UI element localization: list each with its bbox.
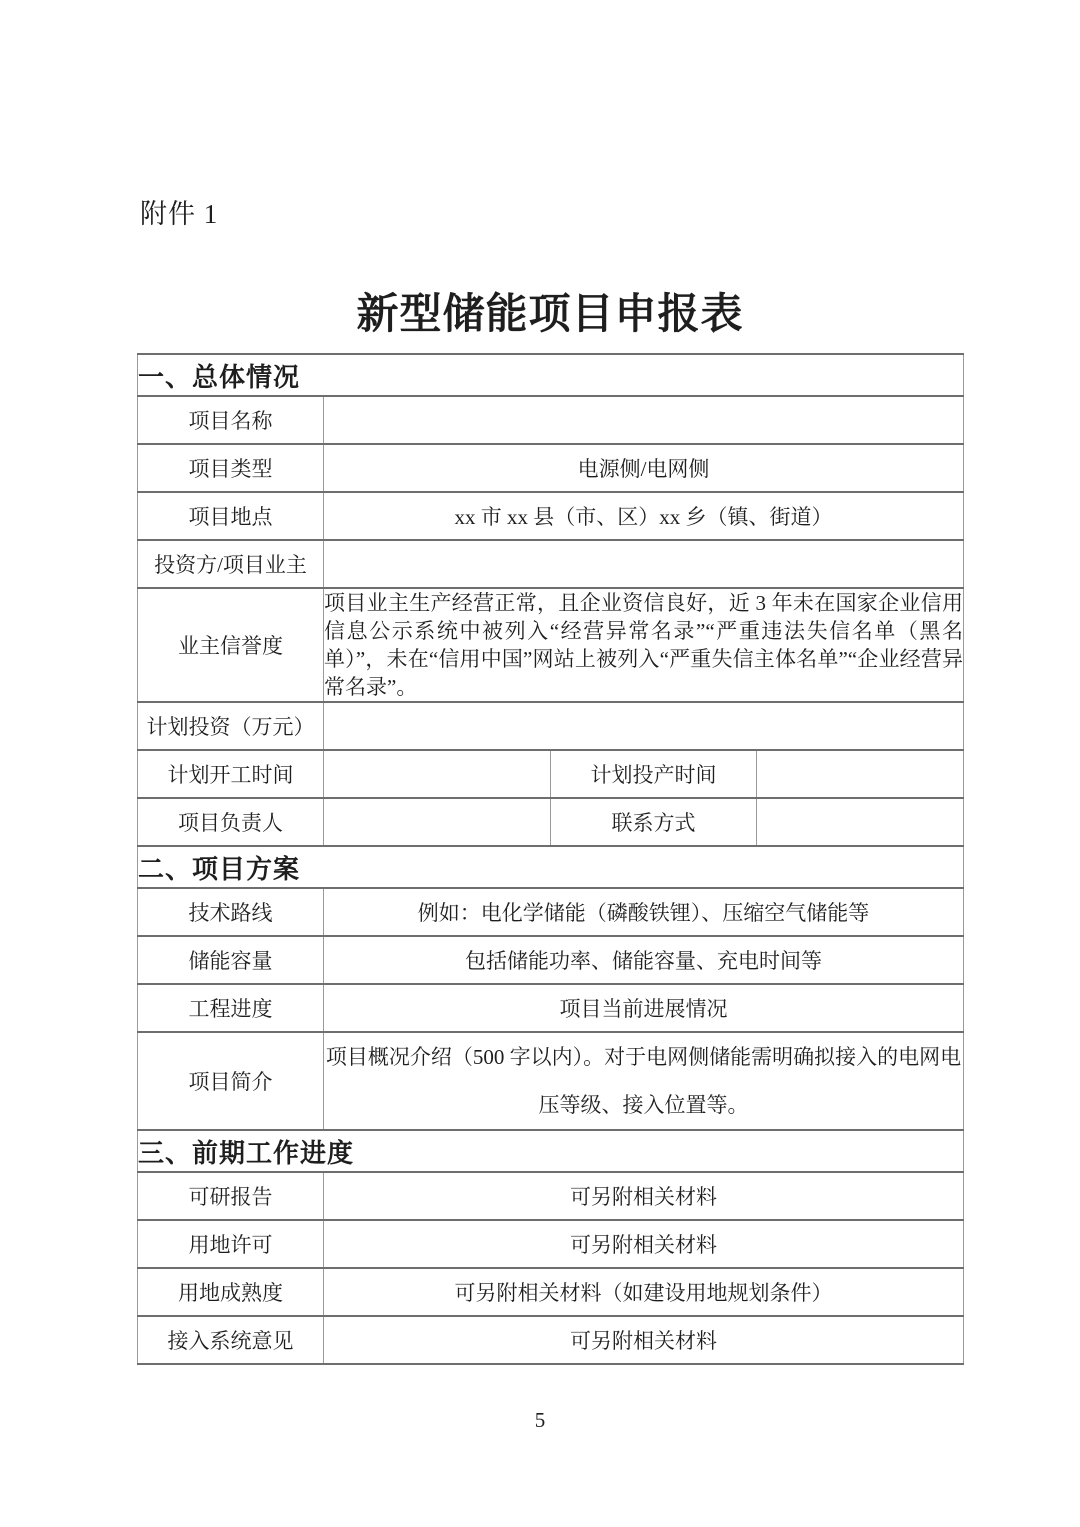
value-project-intro: 项目概况介绍（500 字以内）。对于电网侧储能需明确拟接入的电网电压等级、接入位…: [324, 1032, 964, 1130]
value-storage-capacity: 包括储能功率、储能容量、充电时间等: [324, 936, 964, 984]
value-owner-credit: 项目业主生产经营正常，且企业资信良好，近 3 年未在国家企业信用信息公示系统中被…: [324, 588, 964, 702]
value-contact-info: [757, 798, 964, 846]
page-title: 新型储能项目申报表: [137, 288, 963, 342]
value-project-leader: [324, 798, 551, 846]
label-project-progress: 工程进度: [138, 984, 324, 1032]
value-land-maturity: 可另附相关材料（如建设用地规划条件）: [324, 1268, 964, 1316]
value-planned-investment: [324, 702, 964, 750]
value-feasibility-report: 可另附相关材料: [324, 1172, 964, 1220]
section-header-row: 一、总体情况: [138, 354, 964, 396]
label-project-location: 项目地点: [138, 492, 324, 540]
table-row: 可研报告 可另附相关材料: [138, 1172, 964, 1220]
label-land-permit: 用地许可: [138, 1220, 324, 1268]
label-project-type: 项目类型: [138, 444, 324, 492]
label-land-maturity: 用地成熟度: [138, 1268, 324, 1316]
label-planned-start-date: 计划开工时间: [138, 750, 324, 798]
label-investor-owner: 投资方/项目业主: [138, 540, 324, 588]
table-row: 项目负责人 联系方式: [138, 798, 964, 846]
table-row: 项目地点 xx 市 xx 县（市、区）xx 乡（镇、街道）: [138, 492, 964, 540]
value-project-location: xx 市 xx 县（市、区）xx 乡（镇、街道）: [324, 492, 964, 540]
table-row: 计划开工时间 计划投产时间: [138, 750, 964, 798]
label-tech-route: 技术路线: [138, 888, 324, 936]
label-planned-production-date: 计划投产时间: [551, 750, 757, 798]
value-project-name: [324, 396, 964, 444]
table-row: 技术路线 例如：电化学储能（磷酸铁锂）、压缩空气储能等: [138, 888, 964, 936]
table-row: 投资方/项目业主: [138, 540, 964, 588]
label-grid-connection-opinion: 接入系统意见: [138, 1316, 324, 1364]
label-storage-capacity: 储能容量: [138, 936, 324, 984]
table-row: 用地许可 可另附相关材料: [138, 1220, 964, 1268]
table-row: 工程进度 项目当前进展情况: [138, 984, 964, 1032]
label-owner-credit: 业主信誉度: [138, 588, 324, 702]
value-project-progress: 项目当前进展情况: [324, 984, 964, 1032]
value-planned-production-date: [757, 750, 964, 798]
table-row: 项目简介 项目概况介绍（500 字以内）。对于电网侧储能需明确拟接入的电网电压等…: [138, 1032, 964, 1130]
label-project-name: 项目名称: [138, 396, 324, 444]
section-header-overall: 一、总体情况: [138, 354, 964, 396]
attachment-label: 附件 1: [140, 198, 218, 230]
value-investor-owner: [324, 540, 964, 588]
value-tech-route: 例如：电化学储能（磷酸铁锂）、压缩空气储能等: [324, 888, 964, 936]
label-planned-investment: 计划投资（万元）: [138, 702, 324, 750]
table-row: 业主信誉度 项目业主生产经营正常，且企业资信良好，近 3 年未在国家企业信用信息…: [138, 588, 964, 702]
section-header-plan: 二、项目方案: [138, 846, 964, 888]
section-header-preliminary: 三、前期工作进度: [138, 1130, 964, 1172]
document-page: 附件 1 新型储能项目申报表 一、总体情况 项目名称 项目类型 电源侧/电网侧 …: [0, 0, 1080, 1527]
label-project-leader: 项目负责人: [138, 798, 324, 846]
section-header-row: 二、项目方案: [138, 846, 964, 888]
label-feasibility-report: 可研报告: [138, 1172, 324, 1220]
table-row: 项目名称: [138, 396, 964, 444]
section-header-row: 三、前期工作进度: [138, 1130, 964, 1172]
table-row: 接入系统意见 可另附相关材料: [138, 1316, 964, 1364]
value-planned-start-date: [324, 750, 551, 798]
table-row: 用地成熟度 可另附相关材料（如建设用地规划条件）: [138, 1268, 964, 1316]
label-contact-info: 联系方式: [551, 798, 757, 846]
value-grid-connection-opinion: 可另附相关材料: [324, 1316, 964, 1364]
table-row: 储能容量 包括储能功率、储能容量、充电时间等: [138, 936, 964, 984]
application-form-table: 一、总体情况 项目名称 项目类型 电源侧/电网侧 项目地点 xx 市 xx 县（…: [137, 353, 964, 1365]
value-land-permit: 可另附相关材料: [324, 1220, 964, 1268]
page-number: 5: [0, 1408, 1080, 1433]
table-row: 项目类型 电源侧/电网侧: [138, 444, 964, 492]
table-row: 计划投资（万元）: [138, 702, 964, 750]
label-project-intro: 项目简介: [138, 1032, 324, 1130]
value-project-type: 电源侧/电网侧: [324, 444, 964, 492]
